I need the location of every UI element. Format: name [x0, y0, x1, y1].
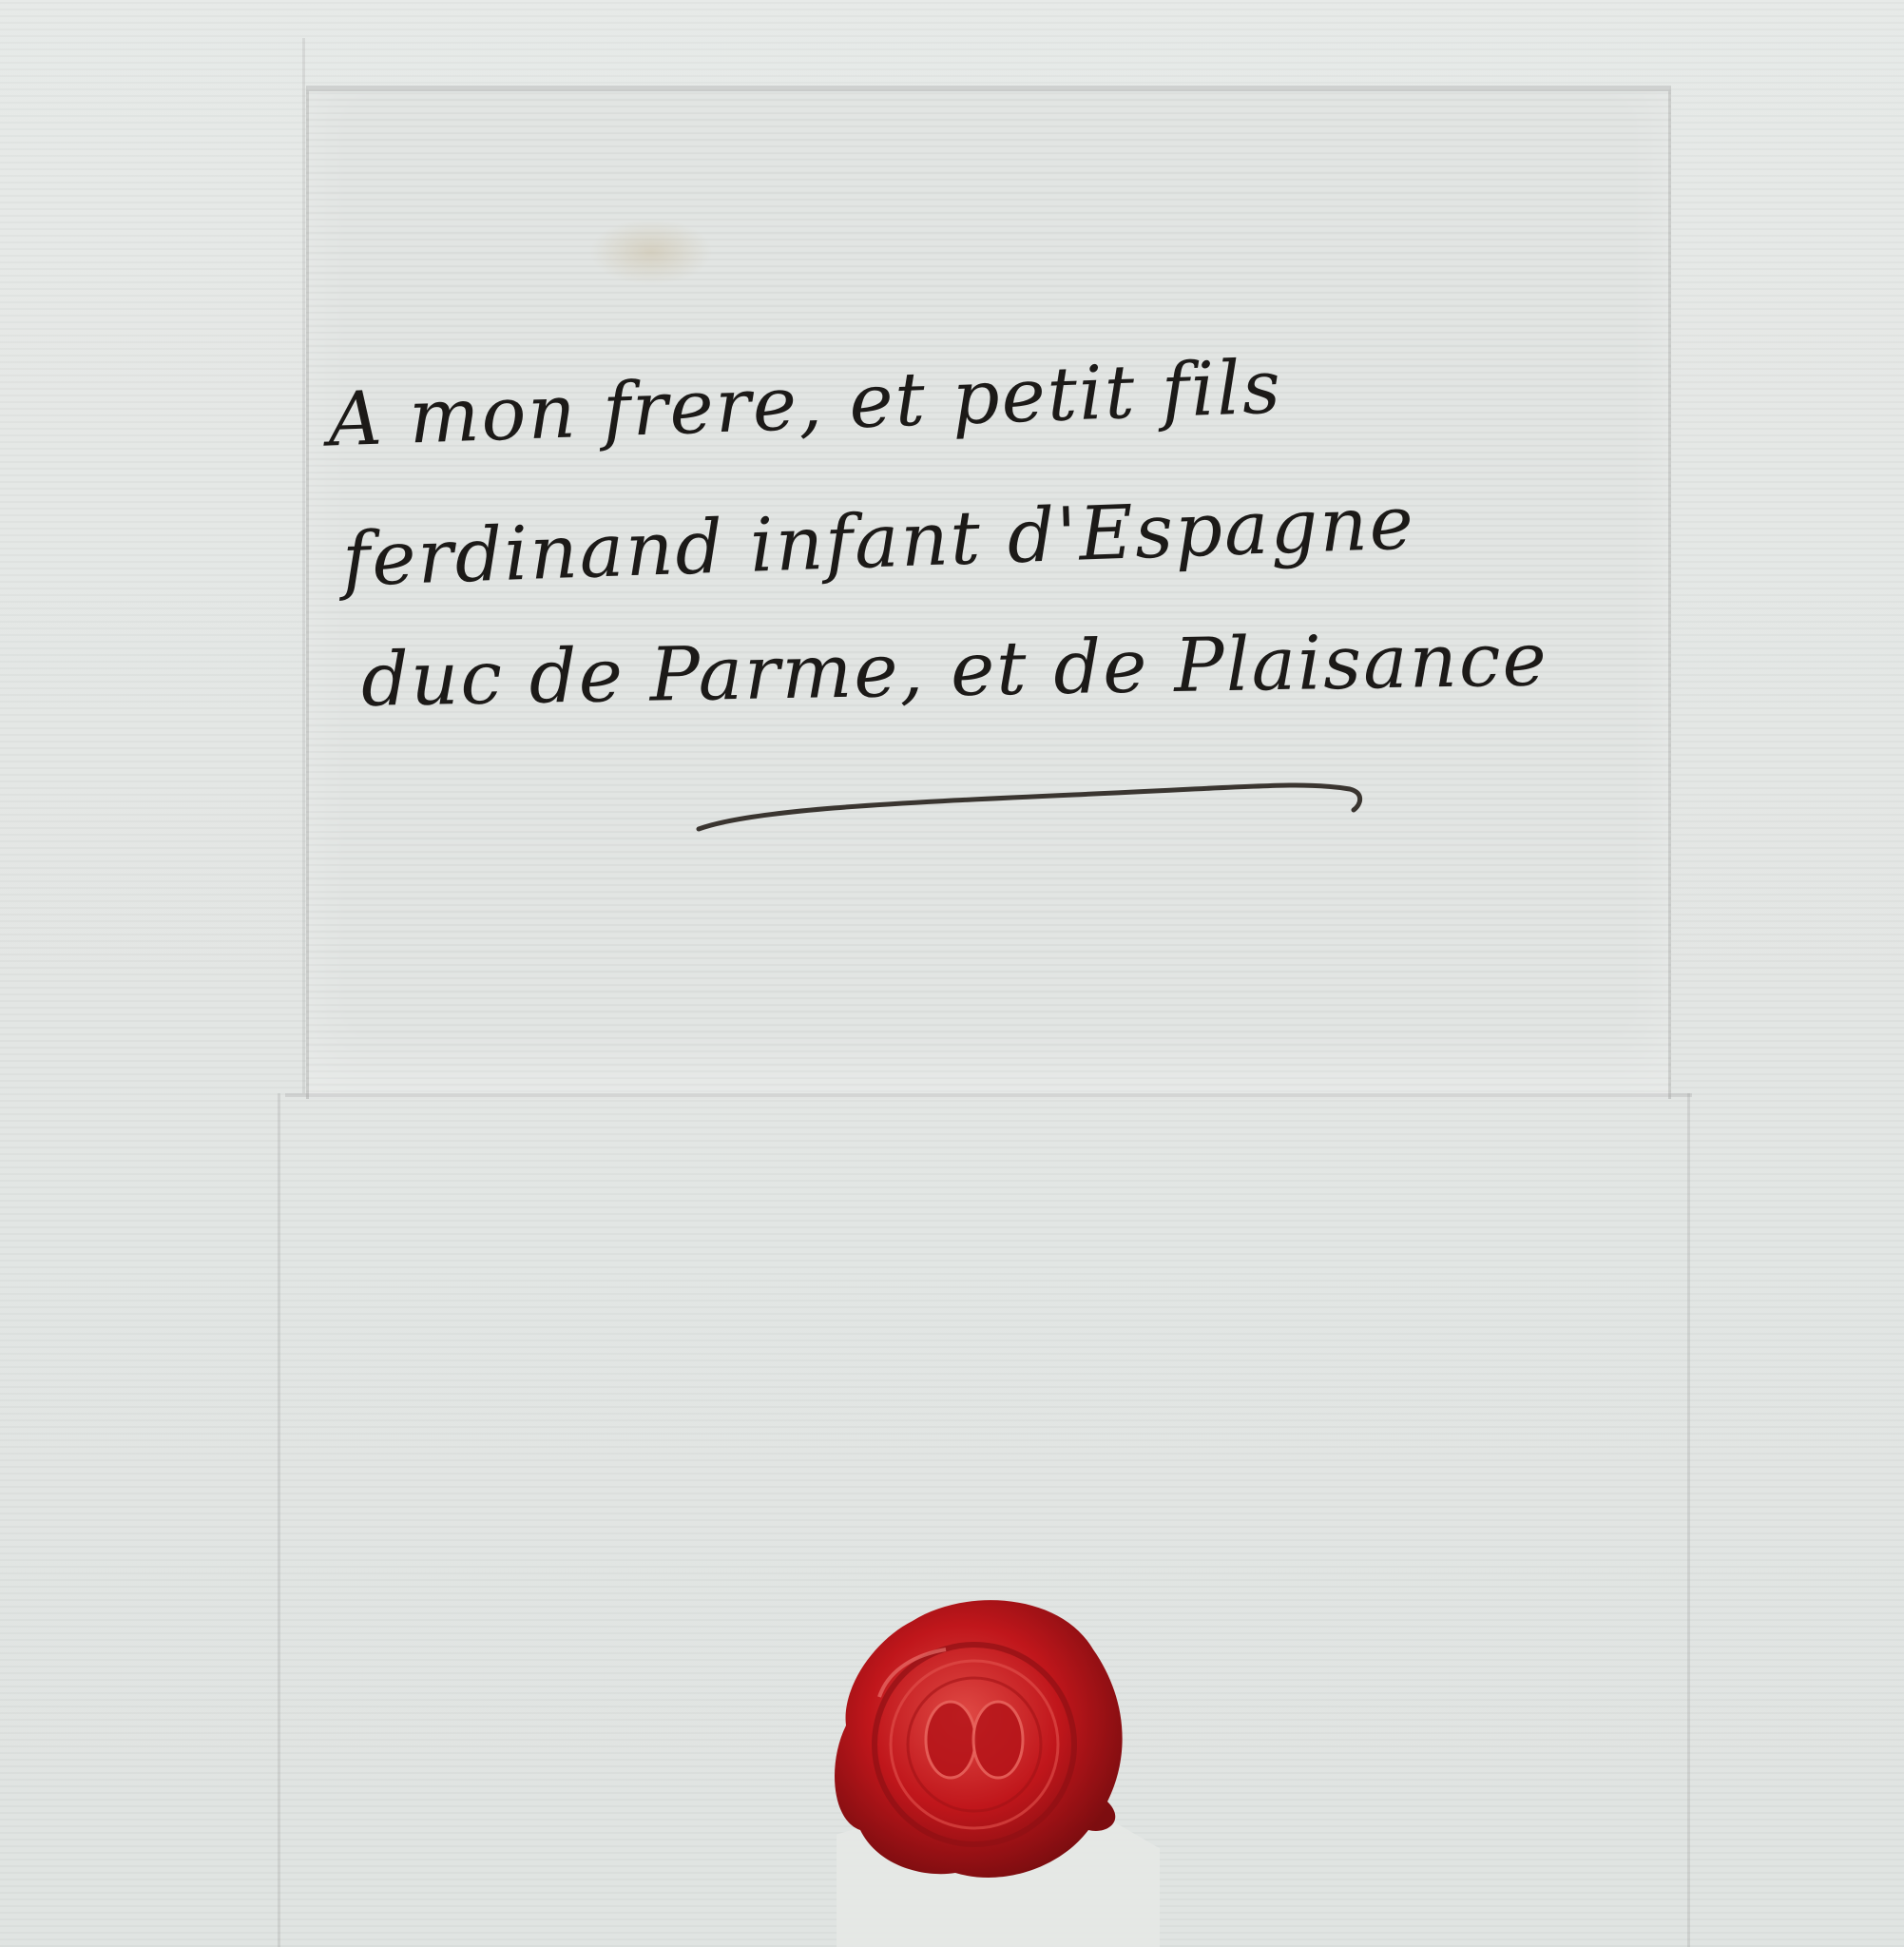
fold-line-lower-left [278, 1093, 280, 1947]
fold-line-lower-right [1687, 1093, 1690, 1947]
wax-seal-icon [822, 1583, 1136, 1897]
underline-flourish-icon [694, 761, 1378, 846]
paper-stain [589, 219, 713, 285]
fold-line-left [302, 38, 305, 1093]
horizontal-fold [285, 1093, 1692, 1097]
